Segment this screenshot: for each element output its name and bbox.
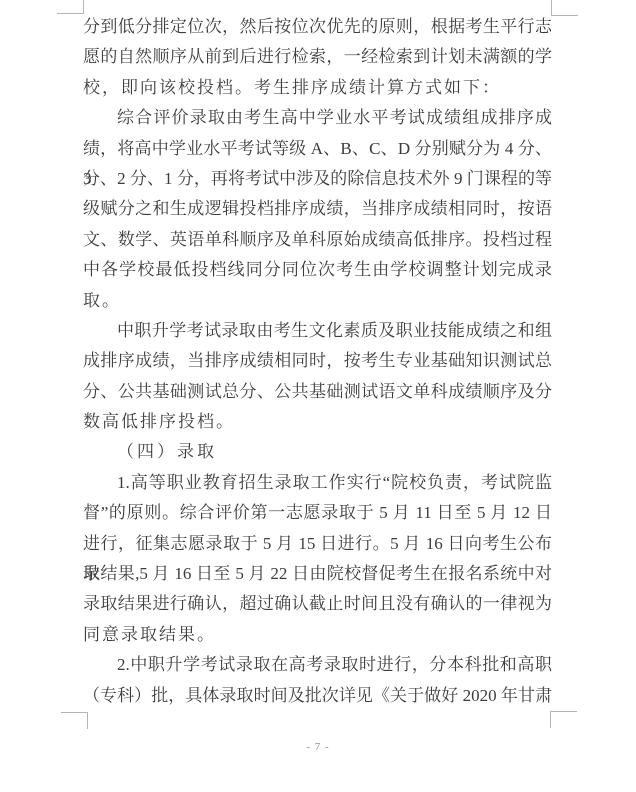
text-boundary-mark-top-left (57, 0, 84, 14)
text-line: 中各学校最低投档线同分同位次考生由学校调整计划完成录 (83, 255, 552, 285)
text-line: 级赋分之和生成逻辑投档排序成绩，当排序成绩相同时，按语 (83, 194, 552, 224)
text-line: （专科）批，具体录取时间及批次详见《关于做好 2020 年甘肃 (83, 681, 552, 711)
text-line: 取结果,5 月 16 日至 5 月 22 日由院校督促考生在报名系统中对 (83, 559, 552, 589)
document-page: 分到低分排定位次，然后按位次优先的原则，根据考生平行志愿的自然顺序从前到后进行检… (0, 0, 636, 792)
page-number: - 7 - (0, 741, 636, 753)
text-boundary-mark-top-right (551, 0, 578, 16)
text-boundary-mark-bottom-right (550, 711, 577, 728)
text-line: 数高低排序投档。 (83, 407, 552, 437)
text-line: 愿的自然顺序从前到后进行检索，一经检索到计划未满额的学 (83, 42, 552, 72)
text-line: 分、2 分、1 分，再将考试中涉及的除信息技术外 9 门课程的等 (83, 164, 552, 194)
text-line: 录取结果进行确认，超过确认截止时间且没有确认的一律视为 (83, 589, 552, 619)
text-line: 督”的原则。综合评价第一志愿录取于 5 月 11 日至 5 月 12 日 (83, 498, 552, 528)
section-heading: （四）录取 (83, 437, 552, 467)
text-line: 校，即向该校投档。考生排序成绩计算方式如下： (83, 73, 552, 103)
text-line: 1.高等职业教育招生录取工作实行“院校负责，考试院监 (83, 468, 552, 498)
document-body-text: 分到低分排定位次，然后按位次优先的原则，根据考生平行志愿的自然顺序从前到后进行检… (83, 12, 552, 711)
text-line: 文、数学、英语单科顺序及单科原始成绩高低排序。投档过程 (83, 225, 552, 255)
text-line: 取。 (83, 286, 552, 316)
text-line: 中职升学考试录取由考生文化素质及职业技能成绩之和组 (83, 316, 552, 346)
text-line: 2.中职升学考试录取在高考录取时进行，分本科批和高职 (83, 650, 552, 680)
text-line: 绩，将高中学业水平考试等级 A、B、C、D 分别赋分为 4 分、3 (83, 134, 552, 164)
text-line: 分到低分排定位次，然后按位次优先的原则，根据考生平行志 (83, 12, 552, 42)
text-line: 进行，征集志愿录取于 5 月 15 日进行。5 月 16 日向考生公布录 (83, 529, 552, 559)
text-line: 分、公共基础测试总分、公共基础测试语文单科成绩顺序及分 (83, 377, 552, 407)
text-line: 综合评价录取由考生高中学业水平考试成绩组成排序成 (83, 103, 552, 133)
text-line: 成排序成绩，当排序成绩相同时，按考生专业基础知识测试总 (83, 346, 552, 376)
text-line: 同意录取结果。 (83, 620, 552, 650)
text-boundary-mark-bottom-left (61, 712, 88, 729)
